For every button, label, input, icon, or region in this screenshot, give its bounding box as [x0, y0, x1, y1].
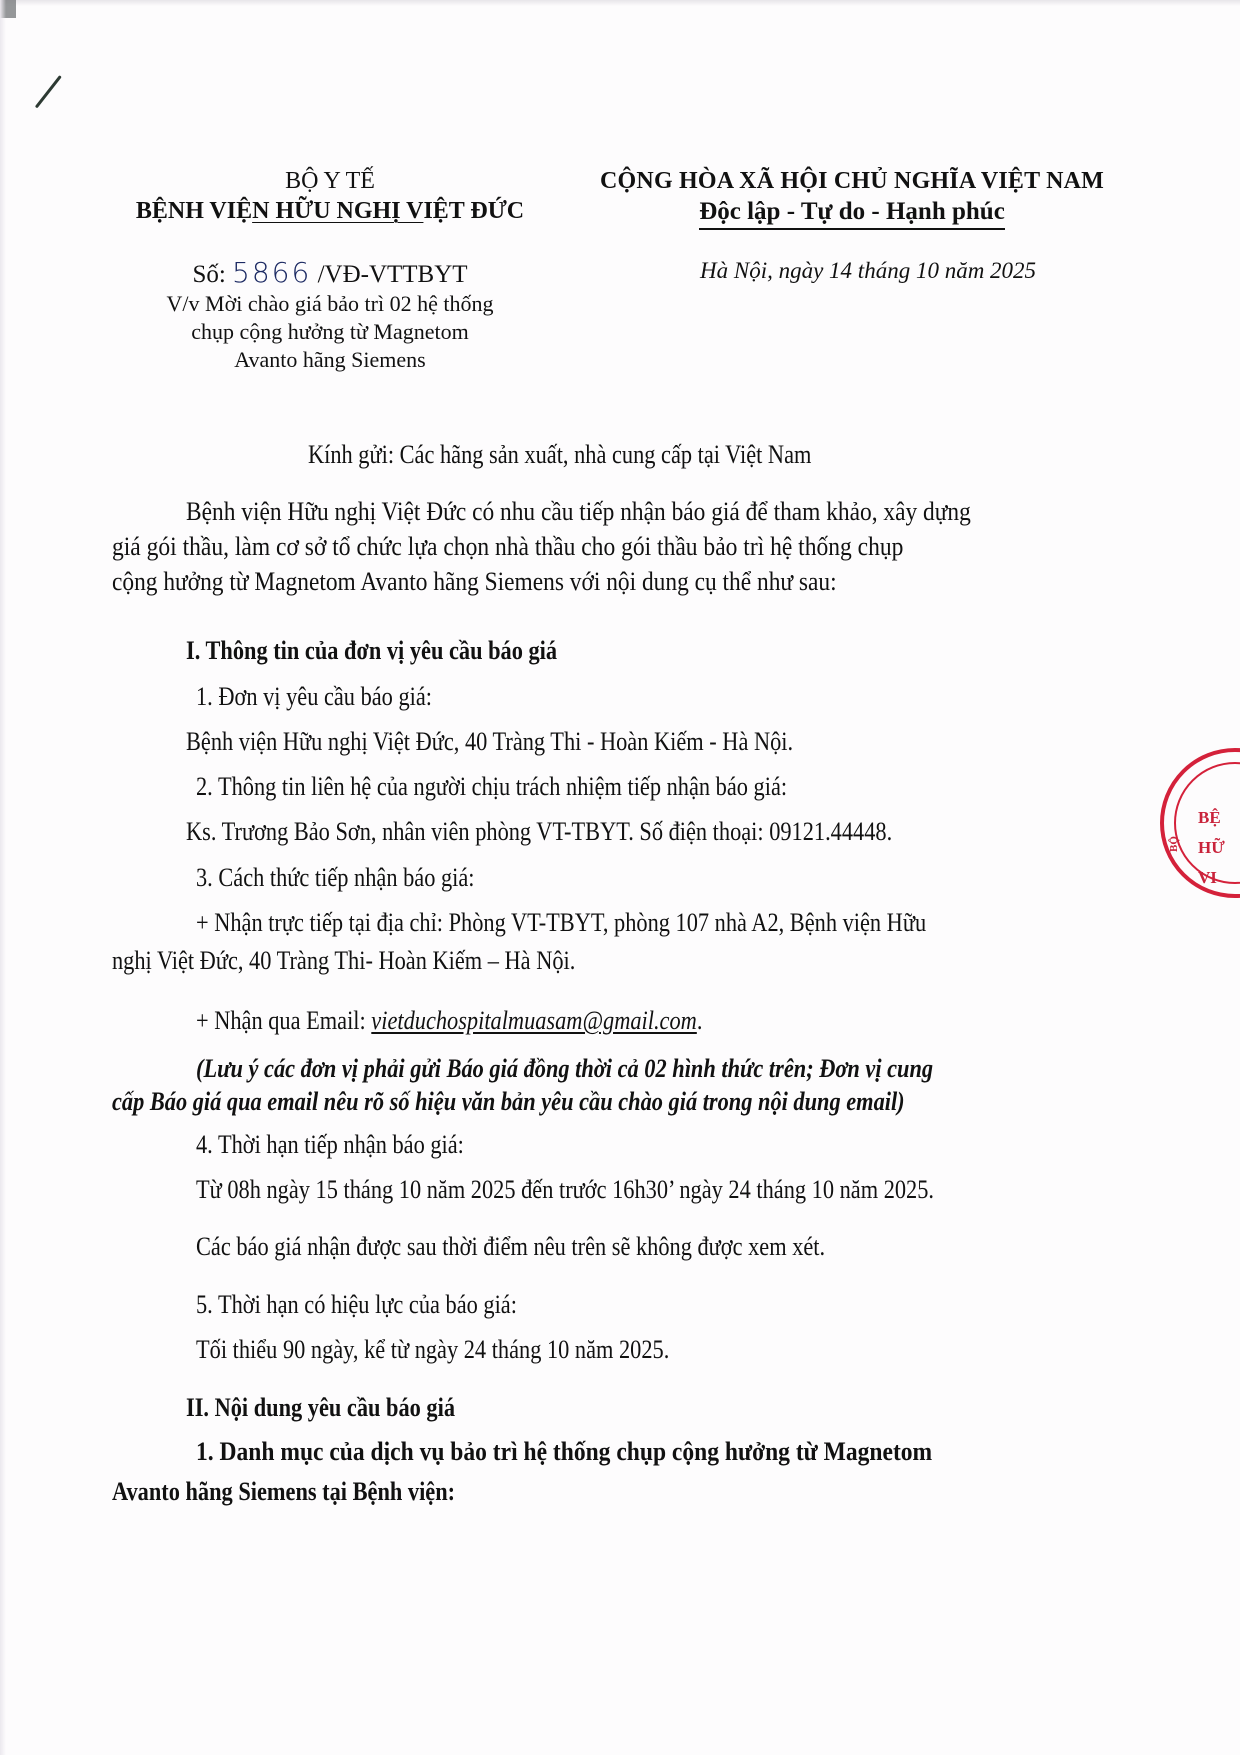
section-2-item-line: 1. Danh mục của dịch vụ bảo trì hệ thống… [196, 1437, 932, 1467]
item-4-label: 4. Thời hạn tiếp nhận báo giá: [196, 1130, 464, 1160]
subject-line: V/v Mời chào giá bảo trì 02 hệ thống [120, 290, 540, 318]
intro-line: Bệnh viện Hữu nghị Việt Đức có nhu cầu t… [186, 497, 971, 527]
ministry-name: BỘ Y TẾ [120, 168, 540, 195]
section-1-heading: I. Thông tin của đơn vị yêu cầu báo giá [186, 636, 557, 666]
republic-title: CỘNG HÒA XÃ HỘI CHỦ NGHĨA VIỆT NAM [582, 168, 1122, 195]
document-page: BỘ Y TẾ BỆNH VIỆN HỮU NGHỊ VIỆT ĐỨC CỘNG… [0, 0, 1240, 1755]
hospital-name: BỆNH VIỆN HỮU NGHỊ VIỆT ĐỨC [120, 198, 540, 225]
item-5-label: 5. Thời hạn có hiệu lực của báo giá: [196, 1290, 517, 1320]
item-4-note: Các báo giá nhận được sau thời điểm nêu … [196, 1232, 825, 1262]
recipient-line: Kính gửi: Các hãng sản xuất, nhà cung cấ… [308, 440, 811, 470]
motto-text: Độc lập - Tự do - Hạnh phúc [699, 198, 1005, 230]
item-3-direct-line: + Nhận trực tiếp tại địa chỉ: Phòng VT-T… [196, 908, 926, 938]
section-2-heading: II. Nội dung yêu cầu báo giá [186, 1393, 455, 1423]
intro-line: cộng hưởng từ Magnetom Avanto hãng Sieme… [112, 567, 837, 597]
national-motto: Độc lập - Tự do - Hạnh phúc [582, 198, 1122, 226]
stamp-text: VI [1198, 868, 1217, 888]
item-1-label: 1. Đơn vị yêu cầu báo giá: [196, 682, 432, 712]
item-5-value: Tối thiểu 90 ngày, kể từ ngày 24 tháng 1… [196, 1335, 669, 1365]
date-line: Hà Nội, ngày 14 tháng 10 năm 2025 [700, 258, 1120, 284]
scan-edge-top [0, 0, 1240, 6]
number-label: Số: [192, 261, 225, 288]
stamp-text: HỮ [1198, 838, 1225, 858]
item-3-email-line: + Nhận qua Email: vietduchospitalmuasam@… [196, 1006, 702, 1036]
number-suffix: /VĐ-VTTBYT [318, 261, 468, 288]
stamp-side-text: BỘ [1168, 836, 1180, 852]
item-2-label: 2. Thông tin liên hệ của người chịu trác… [196, 772, 787, 802]
document-number: Số: 5866 /VĐ-VTTBYT [120, 256, 540, 289]
email-suffix: . [697, 1006, 703, 1035]
email-prefix: + Nhận qua Email: [196, 1006, 371, 1035]
pen-mark [35, 75, 62, 108]
item-3-direct-line: nghị Việt Đức, 40 Tràng Thi- Hoàn Kiếm –… [112, 946, 575, 976]
item-1-value: Bệnh viện Hữu nghị Việt Đức, 40 Tràng Th… [186, 727, 793, 757]
scan-edge-left [0, 0, 6, 1755]
intro-line: giá gói thầu, làm cơ sở tổ chức lựa chọn… [112, 532, 903, 562]
stamp-text: BỆ [1198, 808, 1221, 828]
hospital-name-underlined: N HỮU NGHỊ V [252, 198, 423, 224]
handwritten-number: 5866 [232, 256, 311, 289]
email-link[interactable]: vietduchospitalmuasam@gmail.com [371, 1006, 697, 1035]
subject-line: Avanto hãng Siemens [120, 346, 540, 374]
note-line: (Lưu ý các đơn vị phải gửi Báo giá đồng … [196, 1054, 933, 1084]
section-2-item-line: Avanto hãng Siemens tại Bệnh viện: [112, 1477, 455, 1507]
subject-line: chụp cộng hưởng từ Magnetom [120, 318, 540, 346]
item-2-value: Ks. Trương Bảo Sơn, nhân viên phòng VT-T… [186, 817, 892, 847]
item-4-value: Từ 08h ngày 15 tháng 10 năm 2025 đến trư… [196, 1175, 934, 1205]
hospital-name-part: BỆNH VIỆ [136, 198, 252, 224]
document-subject: V/v Mời chào giá bảo trì 02 hệ thống chụ… [120, 290, 540, 374]
item-3-label: 3. Cách thức tiếp nhận báo giá: [196, 863, 475, 893]
hospital-name-part: IỆT ĐỨC [423, 198, 524, 224]
note-line: cấp Báo giá qua email nêu rõ số hiệu văn… [112, 1087, 905, 1117]
